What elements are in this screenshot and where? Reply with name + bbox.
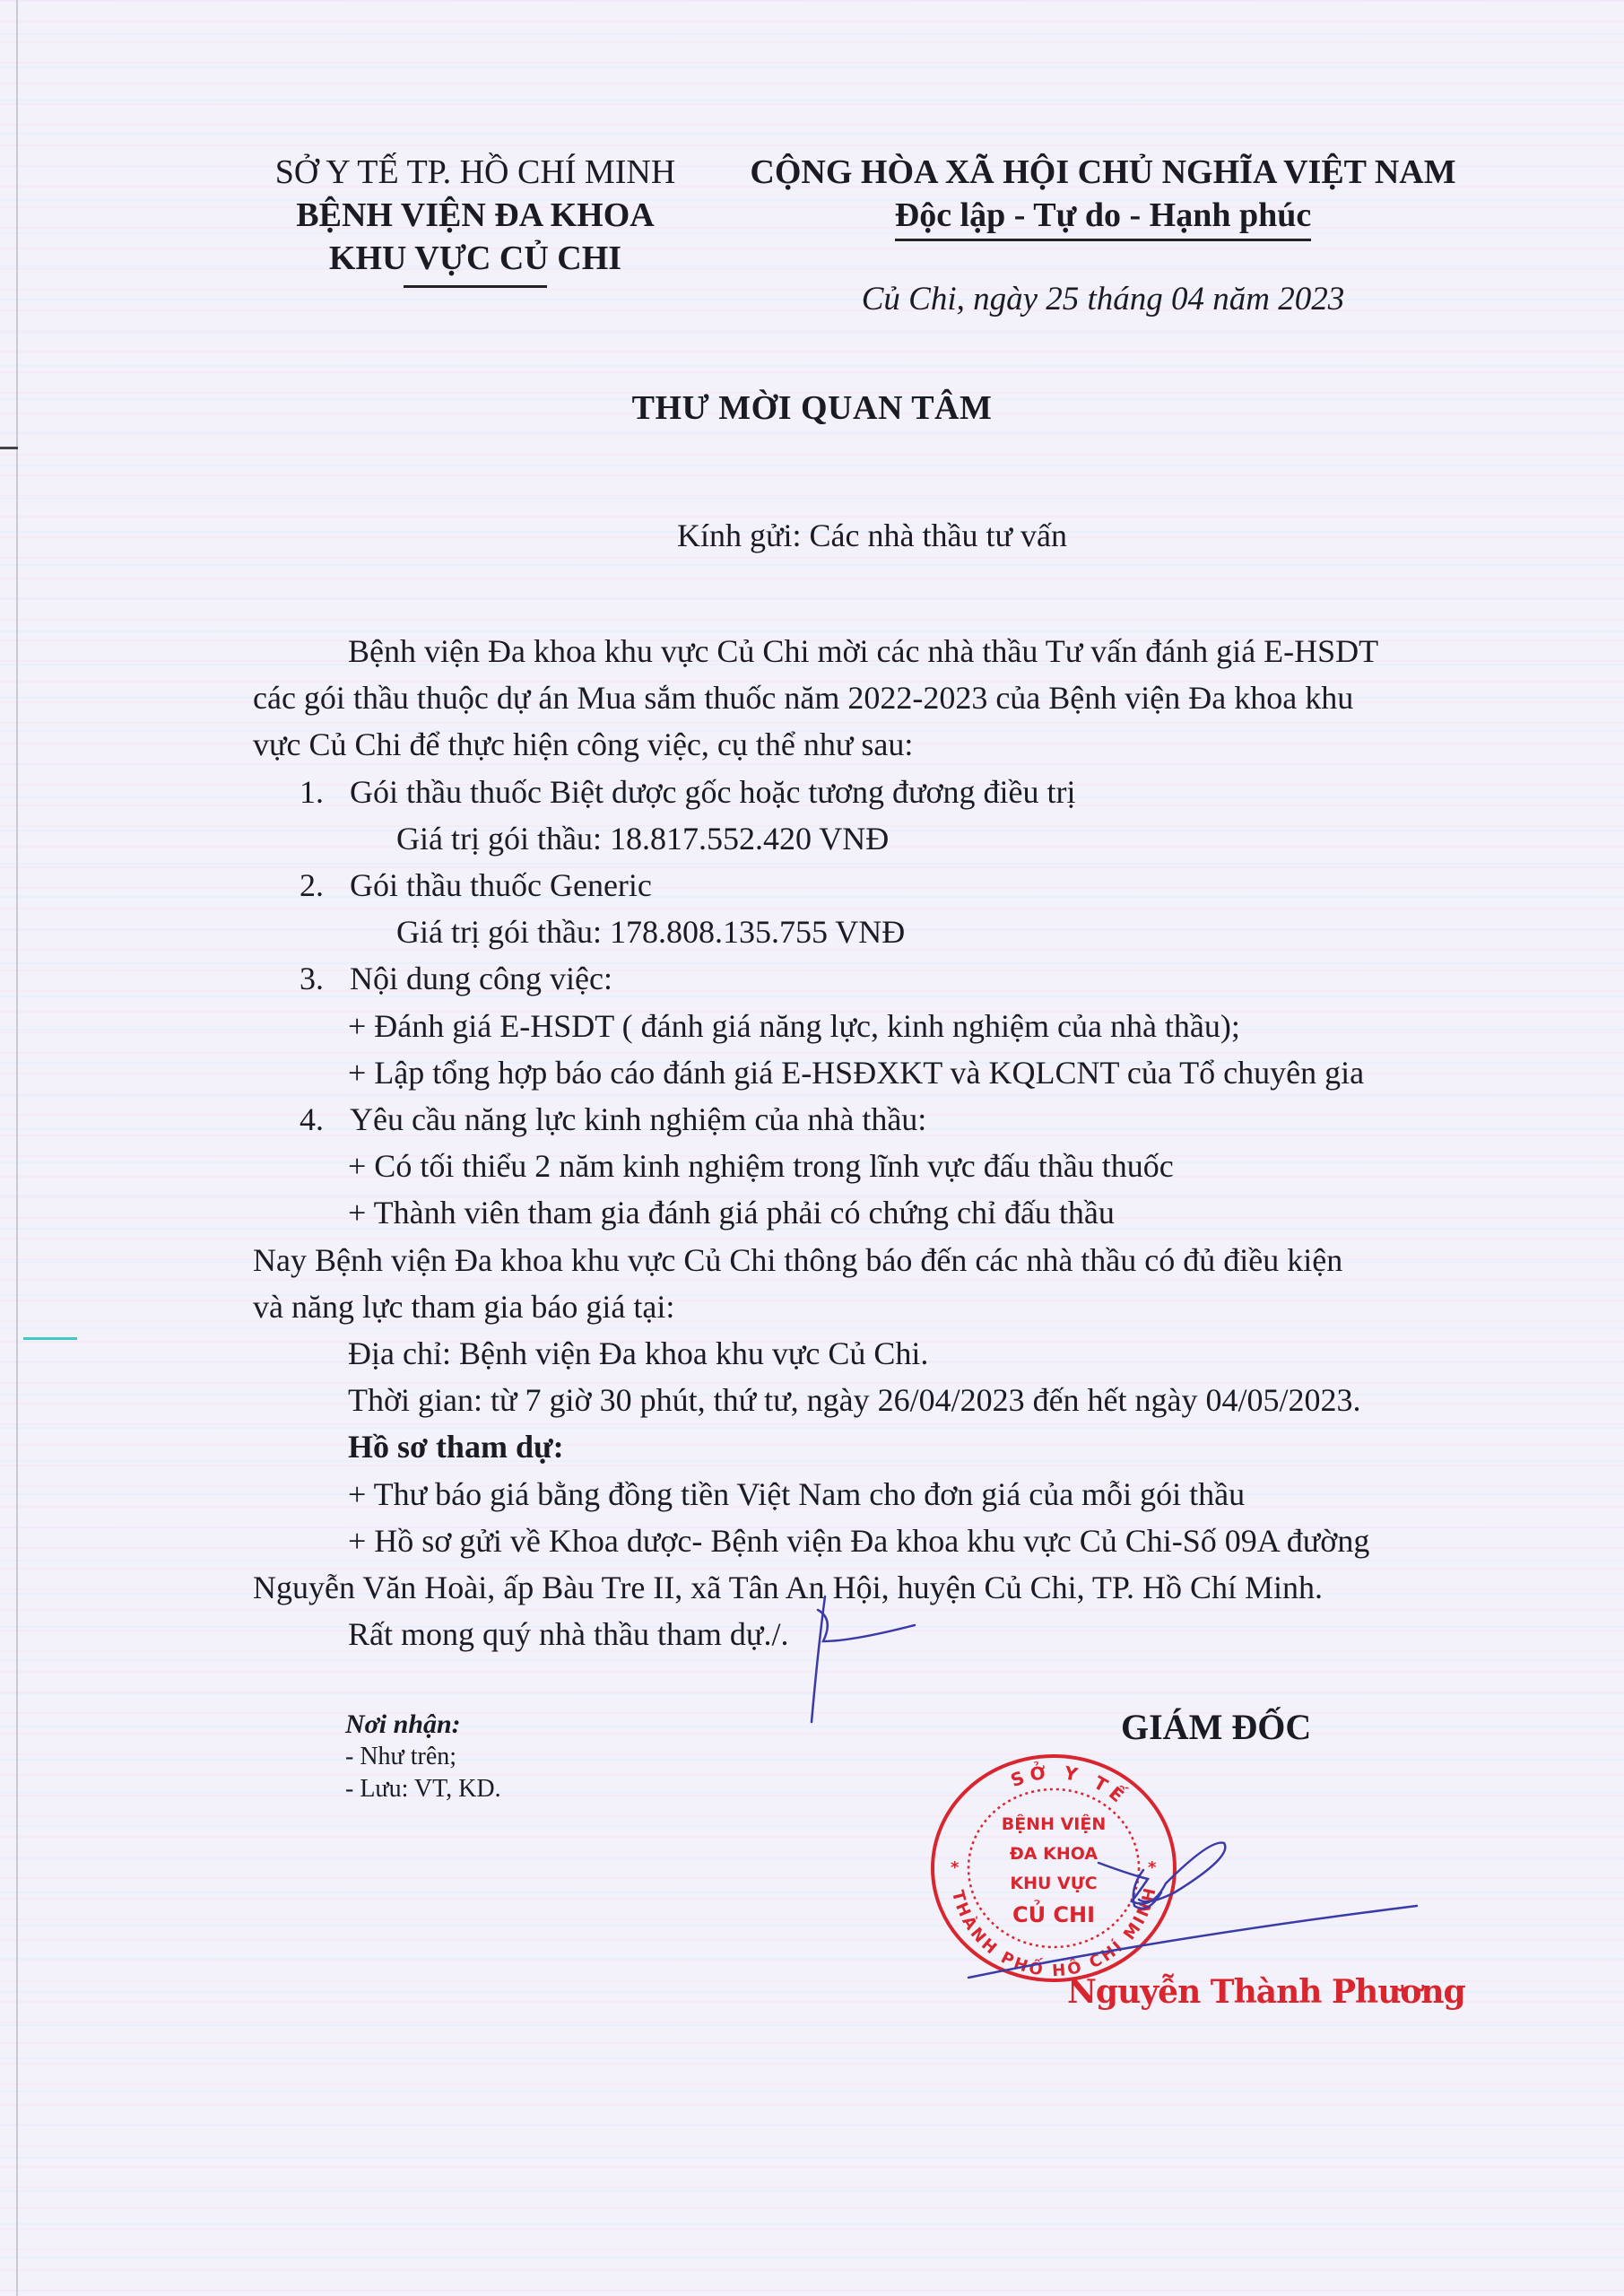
package-name: Gói thầu thuốc Biệt dược gốc hoặc tương … [350,774,1076,810]
issuer-org-line2: KHU VỰC CỦ CHI [260,237,690,280]
recipient-line: - Lưu: VT, KD. [345,1773,501,1805]
recipients-block: Nơi nhận: - Như trên; - Lưu: VT, KD. [345,1709,501,1805]
national-motto: Độc lập - Tự do - Hạnh phúc [895,194,1312,241]
list-number: 3. [300,955,350,1002]
issuer-parent-org: SỞ Y TẾ TP. HỒ CHÍ MINH [260,151,690,194]
requirement-line: + Có tối thiểu 2 năm kinh nghiệm trong l… [253,1143,1499,1189]
dossier-heading: Hồ sơ tham dự: [253,1423,1499,1470]
requirements-heading: Yêu cầu năng lực kinh nghiệm của nhà thầ… [350,1101,926,1137]
svg-text:CỦ CHI: CỦ CHI [1012,1898,1095,1927]
intro-line: các gói thầu thuộc dự án Mua sắm thuốc n… [253,674,1499,721]
address-line: Địa chỉ: Bệnh viện Đa khoa khu vực Củ Ch… [253,1330,1499,1377]
notice-line: và năng lực tham gia báo giá tại: [253,1283,1499,1330]
dossier-address-line: Nguyễn Văn Hoài, ấp Bàu Tre II, xã Tân A… [253,1564,1499,1611]
svg-text:ĐA KHOA: ĐA KHOA [1010,1844,1099,1864]
svg-text:BỆNH VIỆN: BỆNH VIỆN [1002,1813,1107,1834]
issuer-underline [404,285,547,288]
package-value: Giá trị gói thầu: 178.808.135.755 VNĐ [253,909,1499,955]
list-item-3: 3.Nội dung công việc: [253,955,1499,1002]
closing-line: Rất mong quý nhà thầu tham dự./. [253,1611,1499,1657]
scan-edge-mark [0,447,18,449]
intro-line: Bệnh viện Đa khoa khu vực Củ Chi mời các… [253,628,1499,674]
scan-artifact-mark [23,1337,77,1340]
national-header: CỘNG HÒA XÃ HỘI CHỦ NGHĨA VIỆT NAM Độc l… [717,151,1489,241]
scope-heading: Nội dung công việc: [350,961,612,996]
list-item-4: 4.Yêu cầu năng lực kinh nghiệm của nhà t… [253,1096,1499,1143]
svg-text:SỞ Y TẾ: SỞ Y TẾ [1008,1761,1133,1810]
salutation: Kính gửi: Các nhà thầu tư vấn [0,517,1624,554]
notice-line: Nay Bệnh viện Đa khoa khu vực Củ Chi thô… [253,1237,1499,1283]
list-number: 4. [300,1096,350,1143]
time-line: Thời gian: từ 7 giờ 30 phút, thứ tư, ngà… [253,1377,1499,1423]
requirement-line: + Thành viên tham gia đánh giá phải có c… [253,1189,1499,1236]
document-title: THƯ MỜI QUAN TÂM [0,388,1624,428]
issuer-header: SỞ Y TẾ TP. HỒ CHÍ MINH BỆNH VIỆN ĐA KHO… [260,151,690,288]
recipient-line: - Như trên; [345,1741,501,1773]
package-value: Giá trị gói thầu: 18.817.552.420 VNĐ [253,815,1499,862]
svg-text:KHU VỰC: KHU VỰC [1010,1874,1097,1893]
intro-line: vực Củ Chi để thực hiện công việc, cụ th… [253,721,1499,768]
signatory-name: Nguyễn Thành Phương [1067,1973,1465,2011]
svg-text:THÀNH PHỐ HỒ CHÍ MINH: THÀNH PHỐ HỒ CHÍ MINH [948,1883,1160,1980]
svg-text:*: * [1148,1858,1157,1877]
scope-line: + Đánh giá E-HSDT ( đánh giá năng lực, k… [253,1003,1499,1049]
signatory-title: GIÁM ĐỐC [1121,1706,1311,1748]
letter-body: Bệnh viện Đa khoa khu vực Củ Chi mời các… [253,628,1499,1657]
scan-edge-line [16,0,18,2296]
national-title: CỘNG HÒA XÃ HỘI CHỦ NGHĨA VIỆT NAM [717,151,1489,194]
scope-line: + Lập tổng hợp báo cáo đánh giá E-HSĐXKT… [253,1049,1499,1096]
package-name: Gói thầu thuốc Generic [350,867,652,903]
list-item-1: 1.Gói thầu thuốc Biệt dược gốc hoặc tươn… [253,769,1499,815]
list-number: 1. [300,769,350,815]
official-stamp-icon: SỞ Y TẾ THÀNH PHỐ HỒ CHÍ MINH BỆNH VIỆN … [924,1747,1184,1989]
issuer-org-line1: BỆNH VIỆN ĐA KHOA [260,194,690,237]
list-number: 2. [300,862,350,909]
dossier-line: + Hồ sơ gửi về Khoa dược- Bệnh viện Đa k… [253,1518,1499,1564]
svg-text:*: * [951,1858,960,1877]
dossier-line: + Thư báo giá bằng đồng tiền Việt Nam ch… [253,1471,1499,1518]
recipients-heading: Nơi nhận: [345,1709,501,1741]
list-item-2: 2.Gói thầu thuốc Generic [253,862,1499,909]
document-date: Củ Chi, ngày 25 tháng 04 năm 2023 [717,280,1489,318]
